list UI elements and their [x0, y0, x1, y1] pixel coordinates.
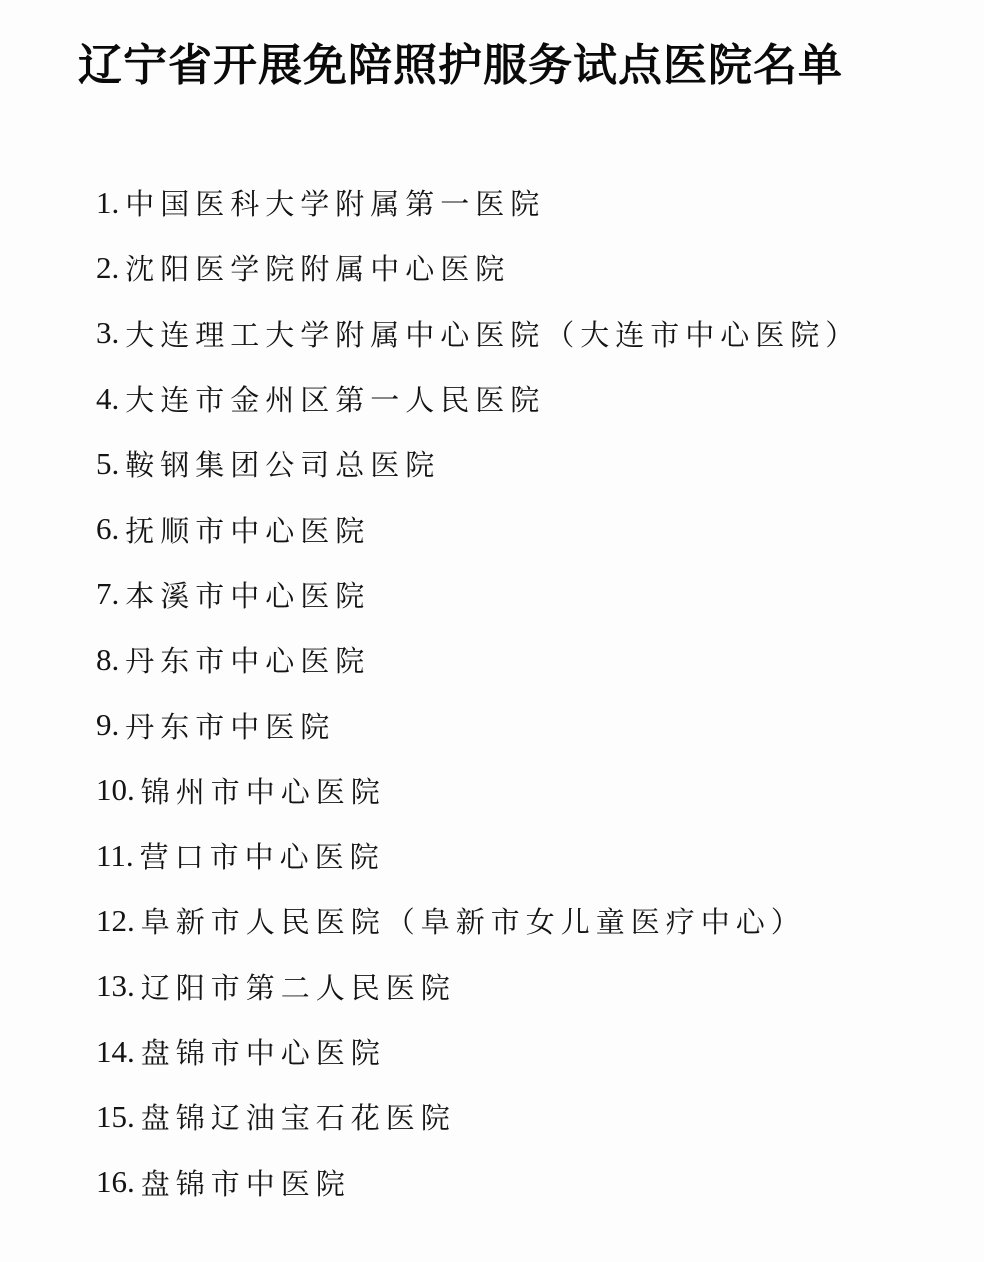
hospital-name: 盘锦市中心医院	[141, 1031, 386, 1072]
hospital-name: 盘锦市中医院	[141, 1162, 351, 1203]
hospital-name: 阜新市人民医院（阜新市女儿童医疗中心）	[141, 900, 806, 941]
list-item: 1. 中国医科大学附属第一医院	[96, 170, 860, 235]
list-item: 10. 锦州市中心医院	[96, 758, 860, 823]
list-item: 6. 抚顺市中心医院	[96, 496, 860, 561]
document-page: 辽宁省开展免陪照护服务试点医院名单 1. 中国医科大学附属第一医院 2. 沈阳医…	[0, 0, 984, 1262]
item-number: 8.	[96, 642, 119, 678]
hospital-name: 丹东市中医院	[125, 705, 335, 746]
item-number: 16.	[96, 1164, 135, 1200]
item-number: 10.	[96, 772, 135, 808]
item-number: 6.	[96, 511, 119, 547]
list-item: 12. 阜新市人民医院（阜新市女儿童医疗中心）	[96, 888, 860, 953]
list-item: 14. 盘锦市中心医院	[96, 1019, 860, 1084]
hospital-name: 辽阳市第二人民医院	[141, 966, 456, 1007]
list-item: 16. 盘锦市中医院	[96, 1149, 860, 1214]
hospital-name: 盘锦辽油宝石花医院	[141, 1096, 456, 1137]
item-number: 1.	[96, 185, 119, 221]
hospital-name: 沈阳医学院附属中心医院	[125, 247, 510, 288]
list-item: 9. 丹东市中医院	[96, 692, 860, 757]
hospital-name: 锦州市中心医院	[141, 770, 386, 811]
item-number: 5.	[96, 446, 119, 482]
item-number: 2.	[96, 250, 119, 286]
hospital-name: 鞍钢集团公司总医院	[125, 443, 440, 484]
list-item: 2. 沈阳医学院附属中心医院	[96, 235, 860, 300]
hospital-name: 本溪市中心医院	[125, 574, 370, 615]
item-number: 7.	[96, 576, 119, 612]
item-number: 3.	[96, 315, 119, 351]
list-item: 3. 大连理工大学附属中心医院（大连市中心医院）	[96, 301, 860, 366]
item-number: 15.	[96, 1099, 135, 1135]
list-item: 7. 本溪市中心医院	[96, 562, 860, 627]
list-item: 8. 丹东市中心医院	[96, 627, 860, 692]
hospital-list: 1. 中国医科大学附属第一医院 2. 沈阳医学院附属中心医院 3. 大连理工大学…	[96, 170, 860, 1215]
hospital-name: 中国医科大学附属第一医院	[125, 182, 545, 223]
hospital-name: 丹东市中心医院	[125, 639, 370, 680]
item-number: 9.	[96, 707, 119, 743]
hospital-name: 营口市中心医院	[140, 835, 385, 876]
item-number: 13.	[96, 968, 135, 1004]
item-number: 12.	[96, 903, 135, 939]
hospital-name: 大连市金州区第一人民医院	[125, 378, 545, 419]
list-item: 5. 鞍钢集团公司总医院	[96, 431, 860, 496]
list-item: 4. 大连市金州区第一人民医院	[96, 366, 860, 431]
list-item: 11. 营口市中心医院	[96, 823, 860, 888]
document-title: 辽宁省开展免陪照护服务试点医院名单	[78, 36, 908, 96]
item-number: 4.	[96, 381, 119, 417]
hospital-name: 抚顺市中心医院	[125, 509, 370, 550]
item-number: 14.	[96, 1034, 135, 1070]
list-item: 13. 辽阳市第二人民医院	[96, 954, 860, 1019]
list-item: 15. 盘锦辽油宝石花医院	[96, 1084, 860, 1149]
item-number: 11.	[96, 838, 134, 874]
hospital-name: 大连理工大学附属中心医院（大连市中心医院）	[125, 313, 860, 354]
